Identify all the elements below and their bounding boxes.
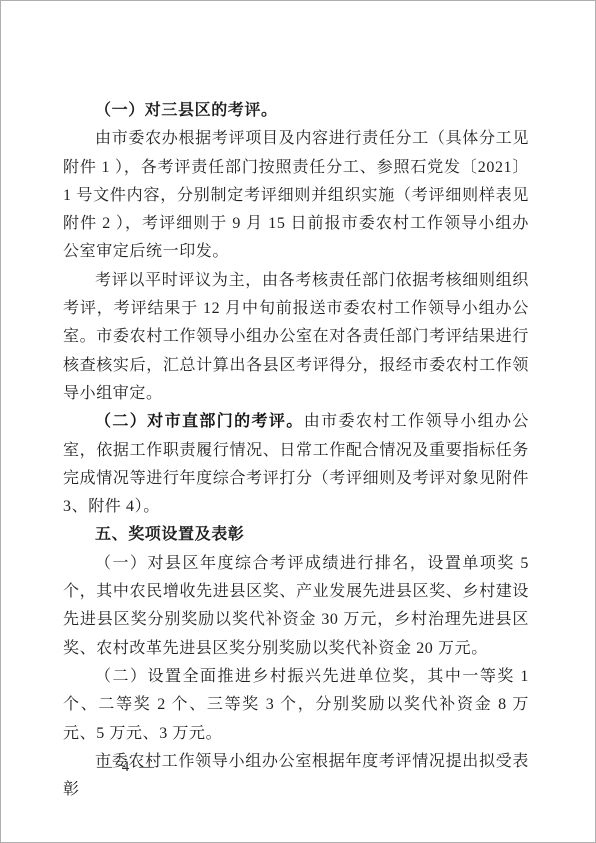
paragraph-unit-awards: （二）设置全面推进乡村振兴先进单位奖，其中一等奖 1 个、二等奖 2 个、三等奖…	[63, 663, 529, 748]
paragraph-commendation-proposal: 市委农村工作领导小组办公室根据年度考评情况提出拟受表彰	[63, 748, 529, 805]
document-page: （一）对三县区的考评。 由市委农办根据考评项目及内容进行责任分工（具体分工见附件…	[0, 0, 596, 843]
section-heading-awards: 五、奖项设置及表彰	[63, 521, 529, 549]
paragraph-review-process: 考评以平时评议为主，由各考核责任部门依据考核细则组织考评，考评结果于 12 月中…	[63, 267, 529, 408]
paragraph-responsibility-division: 由市委农办根据考评项目及内容进行责任分工（具体分工见附件 1 ），各考评责任部门…	[63, 125, 529, 266]
page-number: — 4 —	[97, 759, 157, 776]
document-content: （一）对三县区的考评。 由市委农办根据考评项目及内容进行责任分工（具体分工见附件…	[63, 97, 529, 804]
subsection-heading-county-review: （一）对三县区的考评。	[63, 97, 529, 125]
subsection-heading-department-review: （二）对市直部门的考评。	[95, 413, 304, 430]
paragraph-county-awards: （一）对县区年度综合考评成绩进行排名，设置单项奖 5 个，其中农民增收先进县区奖…	[63, 550, 529, 663]
paragraph-department-review: （二）对市直部门的考评。由市委农村工作领导小组办公室，依据工作职责履行情况、日常…	[63, 408, 529, 521]
